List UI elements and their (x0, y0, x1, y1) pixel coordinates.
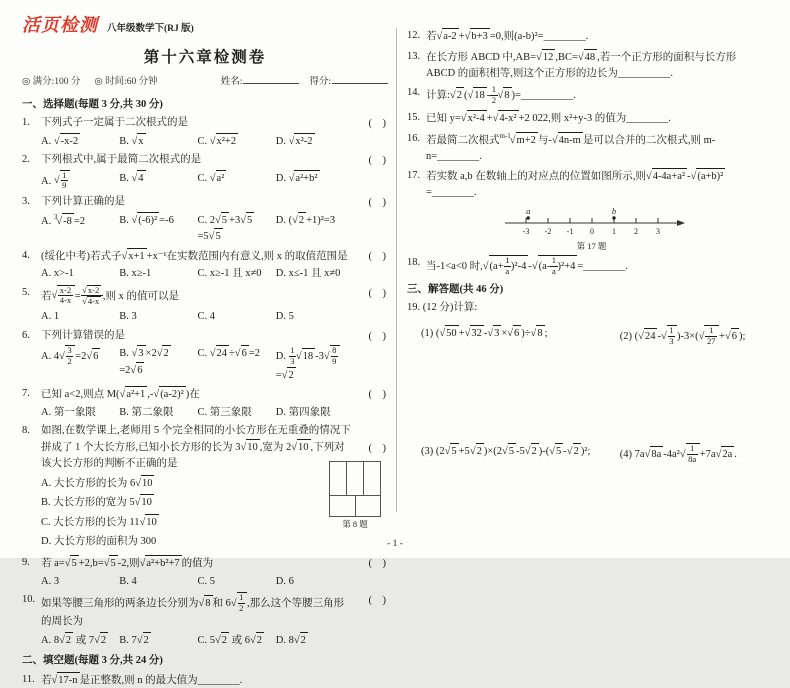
radicand: 5 (508, 443, 516, 460)
question-number: 3. (22, 194, 41, 245)
radical: √2 (157, 348, 171, 359)
radicand: 2a (721, 446, 734, 463)
radical: √12 (231, 598, 247, 609)
footer-page-number: - 1 - (0, 537, 790, 551)
question-number: 8. (22, 423, 41, 552)
radical: √3 (487, 328, 501, 339)
small-rectangle (330, 496, 356, 517)
option-C: C. 5 (198, 574, 276, 590)
number-line: -3-2-10123ab (497, 205, 687, 239)
question-body: 计算:√2(√18-12√8)=__________. (426, 85, 776, 106)
radicand: 2 (221, 632, 229, 649)
radical: √a² (210, 173, 227, 184)
radical: √5 (215, 215, 229, 226)
options-row: A. √19B. √4C. √a²D. √a²+b² (41, 170, 354, 192)
denominator: 8a (687, 455, 698, 465)
question-item: 11.若√17-n是正整数,则 n 的最大值为________. (22, 672, 388, 688)
radicand: 12 (237, 592, 247, 614)
radicand: a²+b²+7 (145, 555, 181, 572)
option-C: C. √x²+2 (198, 133, 276, 150)
fraction: 18a (687, 444, 698, 465)
question-body: 如果等腰三角形的两条边长分别为√8和 6√12,那么这个等腰三角形的周长为A. … (41, 592, 388, 648)
radical: √x-2 (82, 285, 101, 295)
question-number: 17. (407, 168, 426, 201)
question-item: 13.在长方形 ABCD 中,AB=√12,BC=√48,若一个正方形的面积与长… (407, 49, 776, 82)
radicand: m+2 (516, 132, 538, 149)
radical: √8 (498, 90, 512, 101)
question-item: 12.若√a-2+√b+3=0,则(a-b)²=________. (407, 28, 776, 45)
option-D: D. √x²-2 (276, 133, 354, 150)
radical: √2 (450, 90, 464, 101)
denominator: 2 (490, 96, 497, 106)
radicand: 2 (531, 443, 539, 460)
figure-q8: 第 8 题 (326, 461, 384, 531)
answer-bracket: ( ) (369, 153, 387, 169)
radical: √10 (135, 497, 154, 508)
radical: √(a+1a)²-4 (483, 261, 529, 272)
radicand: 6 (136, 362, 144, 379)
option-A: A. 第一象限 (41, 405, 119, 421)
brand-logo: 活页检测 (22, 12, 98, 39)
radicand: 2 (143, 632, 151, 649)
radicand: 2 (573, 443, 581, 460)
fill-question-list-left: 11.若√17-n是正整数,则 n 的最大值为________. (22, 672, 388, 688)
option-A: A. 1 (41, 309, 119, 325)
question-body: 若实数 a,b 在数轴上的对应点的位置如图所示,则√4-4a+a²-√(a+b)… (426, 168, 776, 201)
score-blank-line (332, 74, 388, 84)
question-item: 1.下列式子一定属于二次根式的是A. √-x-2B. √xC. √x²+2D. … (22, 115, 388, 150)
option-D: D. x≤-1 且 x≠0 (276, 266, 354, 282)
option-C: C. 第三象限 (198, 405, 276, 421)
option-B: B. 第二象限 (119, 405, 197, 421)
options-row: A. x>-1B. x≥-1C. x≥-1 且 x≠0D. x≤-1 且 x≠0 (41, 266, 354, 282)
options-row: A. √-x-2B. √xC. √x²+2D. √x²-2 (41, 133, 354, 150)
option-C: C. √a² (198, 170, 276, 192)
question-body: 若√x-24-x=√x-2√4-x,则 x 的值可以是A. 1B. 3C. 4D… (41, 285, 388, 326)
fraction: 89 (331, 346, 338, 367)
radical: √2 (94, 635, 108, 646)
question-number: 16. (407, 131, 426, 165)
question-item: 4.(绥化中考)若式子√x+1+x⁻¹在实数范围内有意义,则 x 的取值范围是A… (22, 248, 388, 283)
numerator: √x-2 (81, 285, 103, 297)
options-row: A. 1B. 3C. 4D. 5 (41, 309, 354, 325)
small-rectangle (356, 496, 381, 517)
radicand: 32 (470, 325, 484, 342)
radicand: 4n-m (558, 132, 583, 149)
radicand: 18a (686, 443, 700, 465)
option-B: B. 4 (119, 574, 197, 590)
radicand: x+1 (127, 248, 146, 265)
denominator: 9 (61, 181, 68, 191)
question-body: 已知 y=√x²-4+√4-x²+2 022,则 x²+y-3 的值为_____… (426, 110, 776, 127)
option-C: C. x≥-1 且 x≠0 (198, 266, 276, 282)
options-row: A. 4√32=2√6B. √3×2√2=2√6C. √24÷√6=2D. 13… (41, 345, 354, 384)
option-A: A. x>-1 (41, 266, 119, 282)
radicand: x²+2 (216, 133, 239, 150)
small-rectangle (330, 462, 347, 494)
radical: √18a (680, 449, 700, 460)
options-row: A. 8√2 或 7√2B. 7√2C. 5√2 或 6√2D. 8√2 (41, 632, 354, 649)
paper-header: 活页检测 八年级数学下(RJ 版) 第十六章检测卷 ◎ 满分:100 分 ◎ 时… (22, 12, 388, 90)
radicand: -x-2 (60, 133, 81, 150)
radicand: 2 (256, 632, 264, 649)
answer-bracket: ( ) (369, 249, 387, 265)
radical: √2 (294, 635, 308, 646)
radical: √6 (235, 348, 249, 359)
figure-caption: 第 17 题 (407, 241, 776, 251)
fraction: 12 (238, 593, 245, 614)
question-item: 3.下列计算正确的是A. 3√-8=2B. √(-6)²=-6C. 2√5+3√… (22, 194, 388, 245)
radicand: 6 (241, 345, 249, 362)
left-column: 活页检测 八年级数学下(RJ 版) 第十六章检测卷 ◎ 满分:100 分 ◎ 时… (22, 12, 388, 532)
radicand: 8a (650, 446, 663, 463)
question-item: 18.当-1<a<0 时,√(a+1a)²-4-√(a-1a)²+4=_____… (407, 255, 776, 277)
question-item: 9.若 a=√5+2,b=√5-2,则√a²+b²+7的值为A. 3B. 4C.… (22, 555, 388, 590)
question-number: 18. (407, 255, 426, 277)
diagram-top-row (330, 462, 380, 494)
radical: √17-n (52, 675, 80, 686)
figure-caption: 第 8 题 (342, 519, 368, 529)
radical: √2 (215, 635, 229, 646)
radicand: 6 (731, 328, 739, 345)
radicand: 89 (330, 345, 340, 367)
question-body: 若最简二次根式m-1√m+2与-√4n-m是可以合并的二次根式,则 m-n=__… (426, 131, 776, 165)
radicand: 8 (503, 87, 511, 104)
option-A: A. 大长方形的长为 6√10 (41, 475, 294, 492)
radicand: x²-4 (467, 110, 487, 127)
question-item: 2.下列根式中,属于最简二次根式的是A. √19B. √4C. √a²D. √a… (22, 152, 388, 192)
radical: √127 (699, 331, 719, 342)
option-C: C. 大长方形的长为 11√10 (41, 514, 294, 531)
option-A: A. √19 (41, 170, 119, 192)
radical: √x²-2 (289, 136, 315, 147)
radical: √5 (445, 446, 459, 457)
answer-bracket: ( ) (369, 195, 387, 211)
radical: √10 (241, 442, 260, 453)
radicand: 18 (473, 87, 487, 104)
denominator: 27 (705, 337, 717, 347)
score-field: 得分: (309, 74, 388, 89)
option-D: D. (√2+1)²=3 (276, 212, 354, 246)
radicand: 2 (476, 443, 484, 460)
question-body: 下列计算正确的是A. 3√-8=2B. √(-6)²=-6C. 2√5+3√5=… (41, 194, 388, 245)
radicand: x²-2 (294, 133, 314, 150)
solve-part-1: (1) (√50+√32-√3×√6)÷√8; (421, 325, 620, 347)
question-item: 15.已知 y=√x²-4+√4-x²+2 022,则 x²+y-3 的值为__… (407, 110, 776, 127)
radical: √a-2 (437, 31, 459, 42)
option-B: B. 3 (119, 309, 197, 325)
radicand: x-2 (87, 285, 101, 296)
question-number: 13. (407, 49, 426, 82)
radical: √4-x (82, 296, 101, 306)
radical: √89 (324, 351, 340, 362)
svg-text:b: b (611, 206, 615, 216)
radical: √2 (292, 215, 306, 226)
radical: √18 (296, 351, 315, 362)
option-D: D. 6 (276, 574, 354, 590)
fraction: 13 (289, 346, 296, 367)
radicand: 4 (137, 170, 145, 187)
radical: √50 (439, 328, 458, 339)
question-item: 10.如果等腰三角形的两条边长分别为√8和 6√12,那么这个等腰三角形的周长为… (22, 592, 388, 648)
radicand: x-24-x (57, 285, 74, 307)
radical: √2 (250, 635, 264, 646)
question-number: 15. (407, 110, 426, 127)
option-C: C. 2√5+3√5=5√5 (198, 212, 276, 246)
radicand: 2 (162, 345, 170, 362)
radicand: (a+1a)²-4 (489, 255, 529, 277)
radical: √6 (130, 365, 144, 376)
radicand: 24 (644, 328, 658, 345)
option-C: C. 5√2 或 6√2 (198, 632, 276, 649)
radicand: 5 (555, 443, 563, 460)
fraction: 32 (66, 346, 73, 367)
radical: √4n-m (552, 135, 583, 146)
option-C: C. √24÷√6=2 (198, 345, 276, 384)
radicand: (a+b)² (696, 168, 725, 185)
radical: √(a+b)² (691, 171, 726, 182)
option-B: B. √4 (119, 170, 197, 192)
option-C: C. 4 (198, 309, 276, 325)
answer-bracket: ( ) (369, 286, 387, 302)
denominator: a (550, 267, 557, 277)
radical: √19 (54, 175, 70, 186)
radical: √4-x² (493, 113, 519, 124)
question-number: 6. (22, 328, 41, 384)
radical: √8a (645, 449, 664, 460)
radicand: 127 (704, 325, 719, 347)
right-column: 12.若√a-2+√b+3=0,则(a-b)²=________.13.在长方形… (407, 12, 776, 532)
solve-question: 19. (12 分)计算: (1) (√50+√32-√3×√6)÷√8;(2)… (407, 300, 776, 465)
radicand: 8 (536, 325, 544, 342)
radical: √6 (725, 331, 739, 342)
radicand: 5 (246, 212, 254, 229)
fraction: 127 (705, 326, 717, 347)
name-label: 姓名: (221, 77, 243, 87)
question-number: 11. (22, 672, 41, 688)
fraction: x-24-x (58, 286, 72, 307)
denominator: 9 (331, 357, 338, 367)
radical: √(-6)² (132, 215, 160, 226)
question-number: 14. (407, 85, 426, 106)
question-body: 若√a-2+√b+3=0,则(a-b)²=________. (426, 28, 776, 45)
question-item: 8.如图,在数学课上,老师用 5 个完全相同的小长方形在无重叠的情况下拼成了 1… (22, 423, 388, 552)
radical: √x+1 (122, 251, 147, 262)
denominator: 3 (289, 357, 296, 367)
radical: √10 (135, 478, 154, 489)
option-B: B. x≥-1 (119, 266, 197, 282)
radical: √2 (137, 635, 151, 646)
radical: √5 (65, 558, 79, 569)
fraction: √x-2√4-x (81, 285, 103, 308)
radical: √(a-1a)²+4 (532, 261, 578, 272)
denominator: 2 (238, 604, 245, 614)
radical: √-x-2 (54, 136, 80, 147)
question-number: 10. (22, 592, 41, 648)
radical: √x-24-x (52, 290, 75, 301)
denominator: √4-x (81, 296, 103, 307)
radical: √a²+b² (289, 173, 320, 184)
radical: √12 (536, 52, 555, 63)
radicand: 4-x² (498, 110, 518, 127)
options-row: A. 第一象限B. 第二象限C. 第三象限D. 第四象限 (41, 405, 354, 421)
option-B: B. √x (119, 133, 197, 150)
answer-bracket: ( ) (369, 441, 387, 457)
radical: √5 (549, 446, 563, 457)
radicand: b+3 (470, 28, 489, 45)
options-row: A. 3√-8=2B. √(-6)²=-6C. 2√5+3√5=5√5D. (√… (41, 212, 354, 246)
radicand: 19 (60, 170, 70, 192)
name-field: 姓名: (221, 74, 300, 89)
question-body: 下列根式中,属于最简二次根式的是A. √19B. √4C. √a²D. √a²+… (41, 152, 388, 192)
radical: √6 (507, 328, 521, 339)
answer-bracket: ( ) (369, 116, 387, 132)
solve-question-number: 19. (407, 302, 420, 313)
svg-text:-3: -3 (522, 227, 529, 236)
radical: √10 (291, 442, 310, 453)
radicand: 5 (450, 443, 458, 460)
radical: √24 (210, 348, 229, 359)
radicand: (a-1a)²+4 (538, 255, 578, 277)
rectangle-diagram (329, 461, 381, 517)
radicand: 17-n (57, 672, 79, 688)
fill-question-list-right: 12.若√a-2+√b+3=0,则(a-b)²=________.13.在长方形… (407, 28, 776, 277)
radical: √10 (140, 517, 159, 528)
option-B: B. √3×2√2=2√6 (119, 345, 197, 384)
solve-question-head: 19. (12 分)计算: (407, 300, 776, 316)
radical: √4-4a+a² (646, 171, 687, 182)
question-body: 下列式子一定属于二次根式的是A. √-x-2B. √xC. √x²+2D. √x… (41, 115, 388, 150)
brand-row: 活页检测 八年级数学下(RJ 版) (22, 12, 388, 39)
question-body: 若√17-n是正整数,则 n 的最大值为________. (41, 672, 388, 688)
fraction: 1a (504, 256, 511, 277)
denominator: 3 (668, 337, 675, 347)
option-D: D. 8√2 (276, 632, 354, 649)
radical: √(a-2)² (153, 389, 185, 400)
radical: √x²+2 (210, 136, 238, 147)
radical: √x²-4 (461, 113, 487, 124)
radicand: 2 (65, 632, 73, 649)
edition-label: 八年级数学下(RJ 版) (107, 22, 194, 36)
fraction: 13 (668, 326, 675, 347)
radicand: 10 (246, 439, 260, 456)
radicand: x (137, 133, 145, 150)
radicand: 3 (137, 345, 145, 362)
radical: √5 (209, 231, 223, 242)
option-A: A. 8√2 或 7√2 (41, 632, 119, 649)
question-number: 4. (22, 248, 41, 283)
radicand: 10 (297, 439, 311, 456)
radicand: 32 (65, 345, 75, 367)
radicand: a² (216, 170, 227, 187)
solve-part-4: (4) 7a√8a-4a²√18a+7a√2a. (620, 443, 776, 465)
page-title: 第十六章检测卷 (22, 46, 388, 69)
question-number: 1. (22, 115, 41, 150)
radicand: 2 (100, 632, 108, 649)
option-B: B. 大长方形的宽为 5√10 (41, 494, 294, 511)
radical: √32 (59, 351, 75, 362)
option-A: A. 3 (41, 574, 119, 590)
radicand: 5 (214, 228, 222, 245)
radicand: 10 (141, 475, 155, 492)
denominator: 2 (66, 357, 73, 367)
radical: √2 (567, 446, 581, 457)
score-label: 得分: (309, 77, 331, 87)
radical: √x (132, 136, 146, 147)
question-item: 16.若最简二次根式m-1√m+2与-√4n-m是可以合并的二次根式,则 m-n… (407, 131, 776, 165)
answer-bracket: ( ) (369, 593, 387, 609)
question-item: 7.已知 a<2,则点 M(√a²+1,-√(a-2)²)在A. 第一象限B. … (22, 386, 388, 421)
radical: √2 (525, 446, 539, 457)
radical: m-1√m+2 (500, 135, 538, 146)
question-body: 已知 a<2,则点 M(√a²+1,-√(a-2)²)在A. 第一象限B. 第二… (41, 386, 388, 421)
question-item: 5.若√x-24-x=√x-2√4-x,则 x 的值可以是A. 1B. 3C. … (22, 285, 388, 326)
radicand: 3 (493, 325, 501, 342)
radical: √4 (132, 173, 146, 184)
test-paper-page: 活页检测 八年级数学下(RJ 版) 第十六章检测卷 ◎ 满分:100 分 ◎ 时… (0, 0, 790, 558)
small-rectangle (364, 462, 380, 494)
svg-text:-2: -2 (544, 227, 551, 236)
radicand: 4-4a+a² (652, 168, 687, 185)
radicand: 6 (513, 325, 521, 342)
option-B: B. 7√2 (119, 632, 197, 649)
radical: √8 (199, 598, 213, 609)
radical: √6 (86, 351, 100, 362)
fraction: 1a (550, 256, 557, 277)
radicand: 6 (92, 348, 100, 365)
answer-bracket: ( ) (369, 329, 387, 345)
figure-q17: -3-2-10123ab第 17 题 (407, 205, 776, 251)
svg-text:0: 0 (590, 227, 594, 236)
question-body: 下列计算错误的是A. 4√32=2√6B. √3×2√2=2√6C. √24÷√… (41, 328, 388, 384)
radicand: 2 (456, 87, 464, 104)
radicand: a²+b² (294, 170, 319, 187)
diagram-bottom-row (330, 495, 380, 517)
option-A: A. 3√-8=2 (41, 212, 119, 246)
solve-part-2: (2) (√24-√13)-3×(√127+√6); (620, 325, 776, 347)
name-blank-line (243, 74, 299, 84)
option-D: D. 第四象限 (276, 405, 354, 421)
radicand: 10 (145, 514, 159, 531)
radical: √5 (104, 558, 118, 569)
time-limit-label: ◎ 时间:60 分钟 (94, 75, 157, 89)
radical: √a²+1 (120, 389, 148, 400)
radicand: (a-2)² (159, 386, 186, 403)
radicand: 10 (140, 494, 154, 511)
radicand: -8 (62, 213, 74, 230)
radicand: 4-x (87, 296, 101, 307)
radicand: 48 (584, 49, 598, 66)
question-body: 若 a=√5+2,b=√5-2,则√a²+b²+7的值为A. 3B. 4C. 5… (41, 555, 388, 590)
question-item: 14.计算:√2(√18-12√8)=__________. (407, 85, 776, 106)
radical: √18 (467, 90, 486, 101)
question-number: 12. (407, 28, 426, 45)
answer-bracket: ( ) (369, 387, 387, 403)
question-item: 6.下列计算错误的是A. 4√32=2√6B. √3×2√2=2√6C. √24… (22, 328, 388, 384)
meta-row: ◎ 满分:100 分 ◎ 时间:60 分钟 姓名: 得分: (22, 74, 388, 89)
full-score-label: ◎ 满分:100 分 (22, 75, 80, 89)
radical: √5 (502, 446, 516, 457)
solve-parts: (1) (√50+√32-√3×√6)÷√8;(2) (√24-√13)-3×(… (421, 325, 776, 465)
column-divider (396, 28, 397, 512)
option-A: A. 4√32=2√6 (41, 345, 119, 384)
radical: √2 (470, 446, 484, 457)
section-heading-choice: 一、选择题(每题 3 分,共 30 分) (22, 97, 388, 113)
option-D: D. 5 (276, 309, 354, 325)
denominator: 4-x (58, 296, 72, 306)
svg-text:3: 3 (656, 227, 660, 236)
section-heading-solve: 三、解答题(共 46 分) (407, 282, 776, 298)
